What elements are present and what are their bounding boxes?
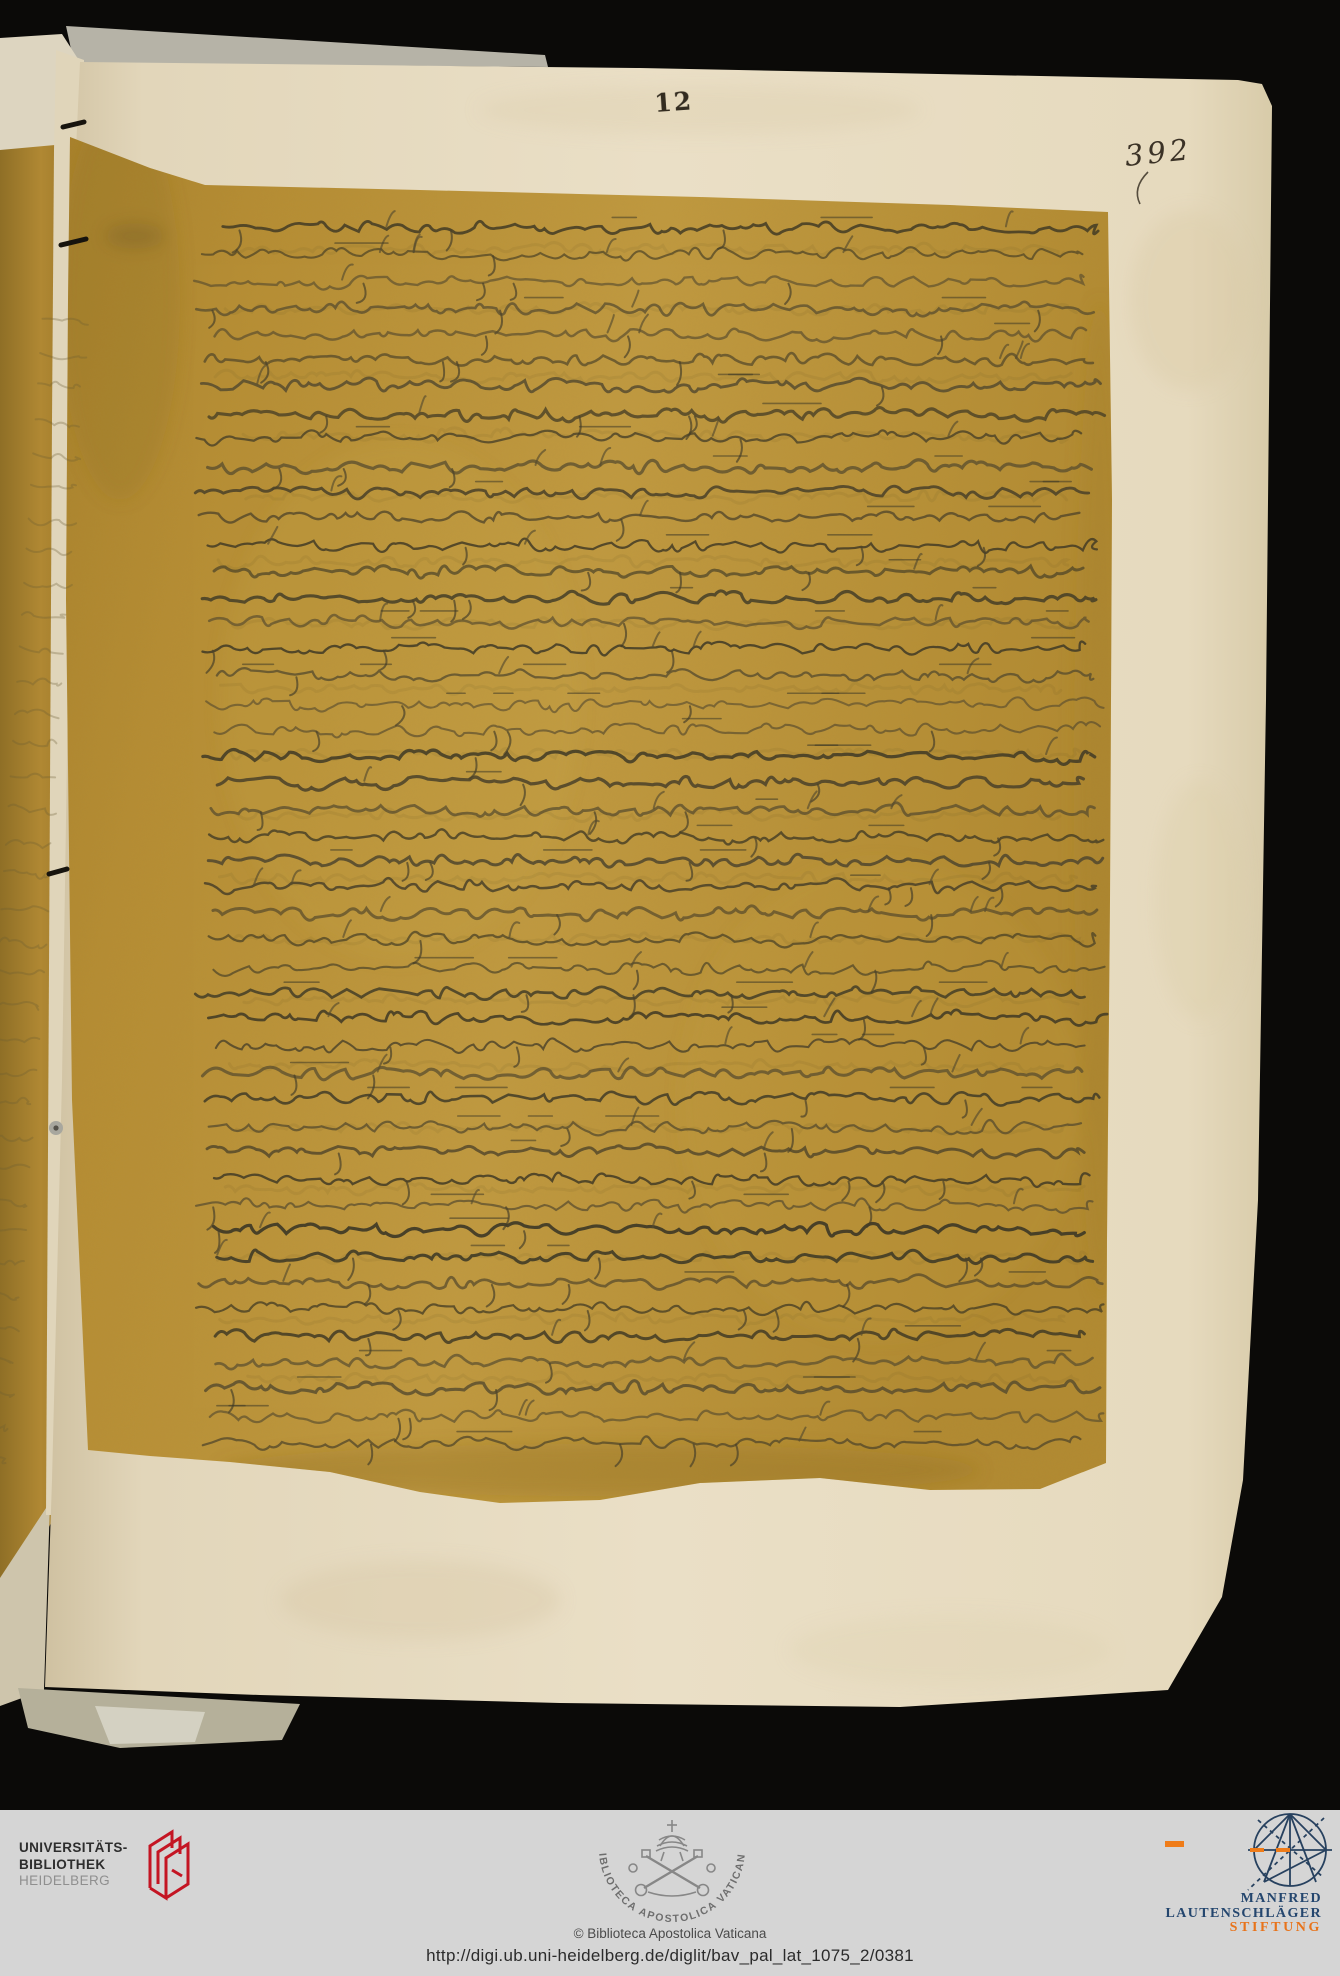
svg-text:392: 392 [1123,132,1194,173]
ub-heidelberg-logo-icon [136,1824,200,1910]
vatican-emblem: BIBLIOTECA APOSTOLICA VATICANA [570,1810,770,1936]
source-url: http://digi.ub.uni-heidelberg.de/diglit/… [0,1946,1340,1966]
orange-dash-icon [1165,1841,1184,1847]
bottom-fold-highlight [95,1706,205,1744]
ub-line3: HEIDELBERG [19,1873,128,1890]
parchment-hole [49,1121,63,1135]
copyright-line: © Biblioteca Apostolica Vaticana [0,1926,1340,1941]
mls-globe-icon [1240,1804,1340,1896]
mls-wordmark: MANFRED LAUTENSCHLÄGER STIFTUNG [1165,1892,1322,1936]
mls-line2: LAUTENSCHLÄGER [1165,1907,1322,1922]
mls-line1: MANFRED [1165,1892,1322,1907]
mls-line3: STIFTUNG [1165,1921,1322,1936]
ub-heidelberg-wordmark: UNIVERSITÄTS- BIBLIOTHEK HEIDELBERG [19,1840,128,1890]
svg-text:BIBLIOTECA APOSTOLICA VATICANA: BIBLIOTECA APOSTOLICA VATICANA [570,1810,748,1925]
vatican-keys-tiara-icon [629,1820,715,1896]
book-photograph: 12 392 [0,0,1340,1810]
vatican-arc-text: BIBLIOTECA APOSTOLICA VATICANA [570,1810,748,1925]
ub-line2: BIBLIOTHEK [19,1857,128,1874]
ub-line1: UNIVERSITÄTS- [19,1840,128,1857]
manuscript-scan-viewer: 12 392 UNIVERSITÄTS- BIBLIOTHEK HEIDELBE… [0,0,1340,1976]
viewer-footer: UNIVERSITÄTS- BIBLIOTHEK HEIDELBERG [0,1810,1340,1976]
folio-number-pencil: 12 [653,86,694,118]
